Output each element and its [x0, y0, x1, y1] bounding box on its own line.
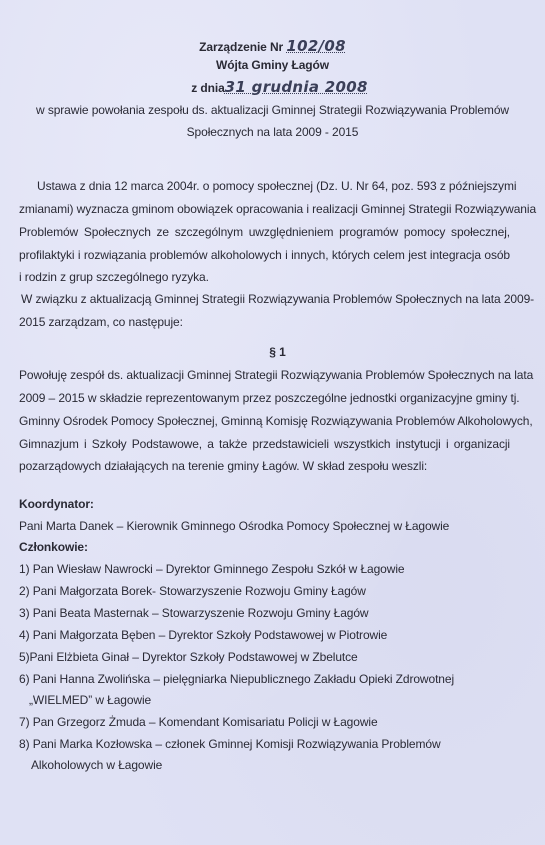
decree-title: Zarządzenie Nr 102/08 — [0, 37, 545, 55]
decree-line: W związku z aktualizacją Gminnej Strateg… — [21, 292, 510, 306]
preamble-line: zmianami) wyznacza gminom obowiązek opra… — [19, 202, 510, 216]
document-page: Zarządzenie Nr 102/08 Wójta Gminy Łagów … — [0, 0, 545, 845]
decree-title-prefix: Zarządzenie Nr — [199, 40, 283, 54]
decree-subject-line-2: Społecznych na lata 2009 - 2015 — [0, 125, 545, 139]
preamble-line: i rodzin z grup szczególnego ryzyka. — [19, 270, 209, 284]
members-label: Członkowie: — [19, 540, 88, 554]
member-item: 6) Pani Hanna Zwolińska – pielęgniarka N… — [19, 672, 454, 686]
decree-subject-line-1: w sprawie powołania zespołu ds. aktualiz… — [0, 103, 545, 117]
section-1-line: Gimnazjum i Szkoły Podstawowe, a także p… — [19, 437, 510, 451]
member-item-continuation: Alkoholowych w Łagowie — [31, 758, 162, 772]
decree-number-handwritten: 102/08 — [286, 37, 345, 55]
member-item: 8) Pani Marka Kozłowska – członek Gminne… — [19, 737, 441, 751]
member-item: 3) Pani Beata Masternak – Stowarzyszenie… — [19, 606, 369, 620]
section-1-line: Powołuję zespół ds. aktualizacji Gminnej… — [19, 368, 510, 382]
decree-line: 2015 zarządzam, co następuje: — [19, 315, 183, 329]
section-1-line: Gminny Ośrodek Pomocy Społecznej, Gminną… — [19, 414, 510, 428]
decree-date: z dnia31 grudnia 2008 — [0, 78, 545, 96]
decree-date-handwritten: 31 grudnia 2008 — [225, 78, 368, 96]
member-item: 7) Pan Grzegorz Żmuda – Komendant Komisa… — [19, 715, 378, 729]
member-item: 1) Pan Wiesław Nawrocki – Dyrektor Gminn… — [19, 562, 404, 576]
preamble-line: Problemów Społecznych ze szczególnym uwz… — [19, 225, 510, 239]
section-1-heading: § 1 — [0, 345, 545, 359]
decree-issuer: Wójta Gminy Łagów — [0, 58, 545, 72]
member-item-continuation: „WIELMED” w Łagowie — [29, 693, 151, 707]
section-1-line: 2009 – 2015 w składzie reprezentowanym p… — [19, 391, 510, 405]
section-1-line: pozarządowych działających na terenie gm… — [19, 459, 427, 473]
member-item: 4) Pani Małgorzata Bęben – Dyrektor Szko… — [19, 628, 387, 642]
decree-date-prefix: z dnia — [191, 81, 224, 95]
preamble-line: Ustawa z dnia 12 marca 2004r. o pomocy s… — [37, 179, 510, 193]
coordinator-label: Koordynator: — [19, 497, 94, 511]
member-item: 5)Pani Elżbieta Ginał – Dyrektor Szkoły … — [19, 650, 358, 664]
member-item: 2) Pani Małgorzata Borek- Stowarzyszenie… — [19, 584, 366, 598]
preamble-line: profilaktyki i rozwiązania problemów alk… — [19, 248, 510, 262]
coordinator-entry: Pani Marta Danek – Kierownik Gminnego Oś… — [19, 519, 449, 533]
